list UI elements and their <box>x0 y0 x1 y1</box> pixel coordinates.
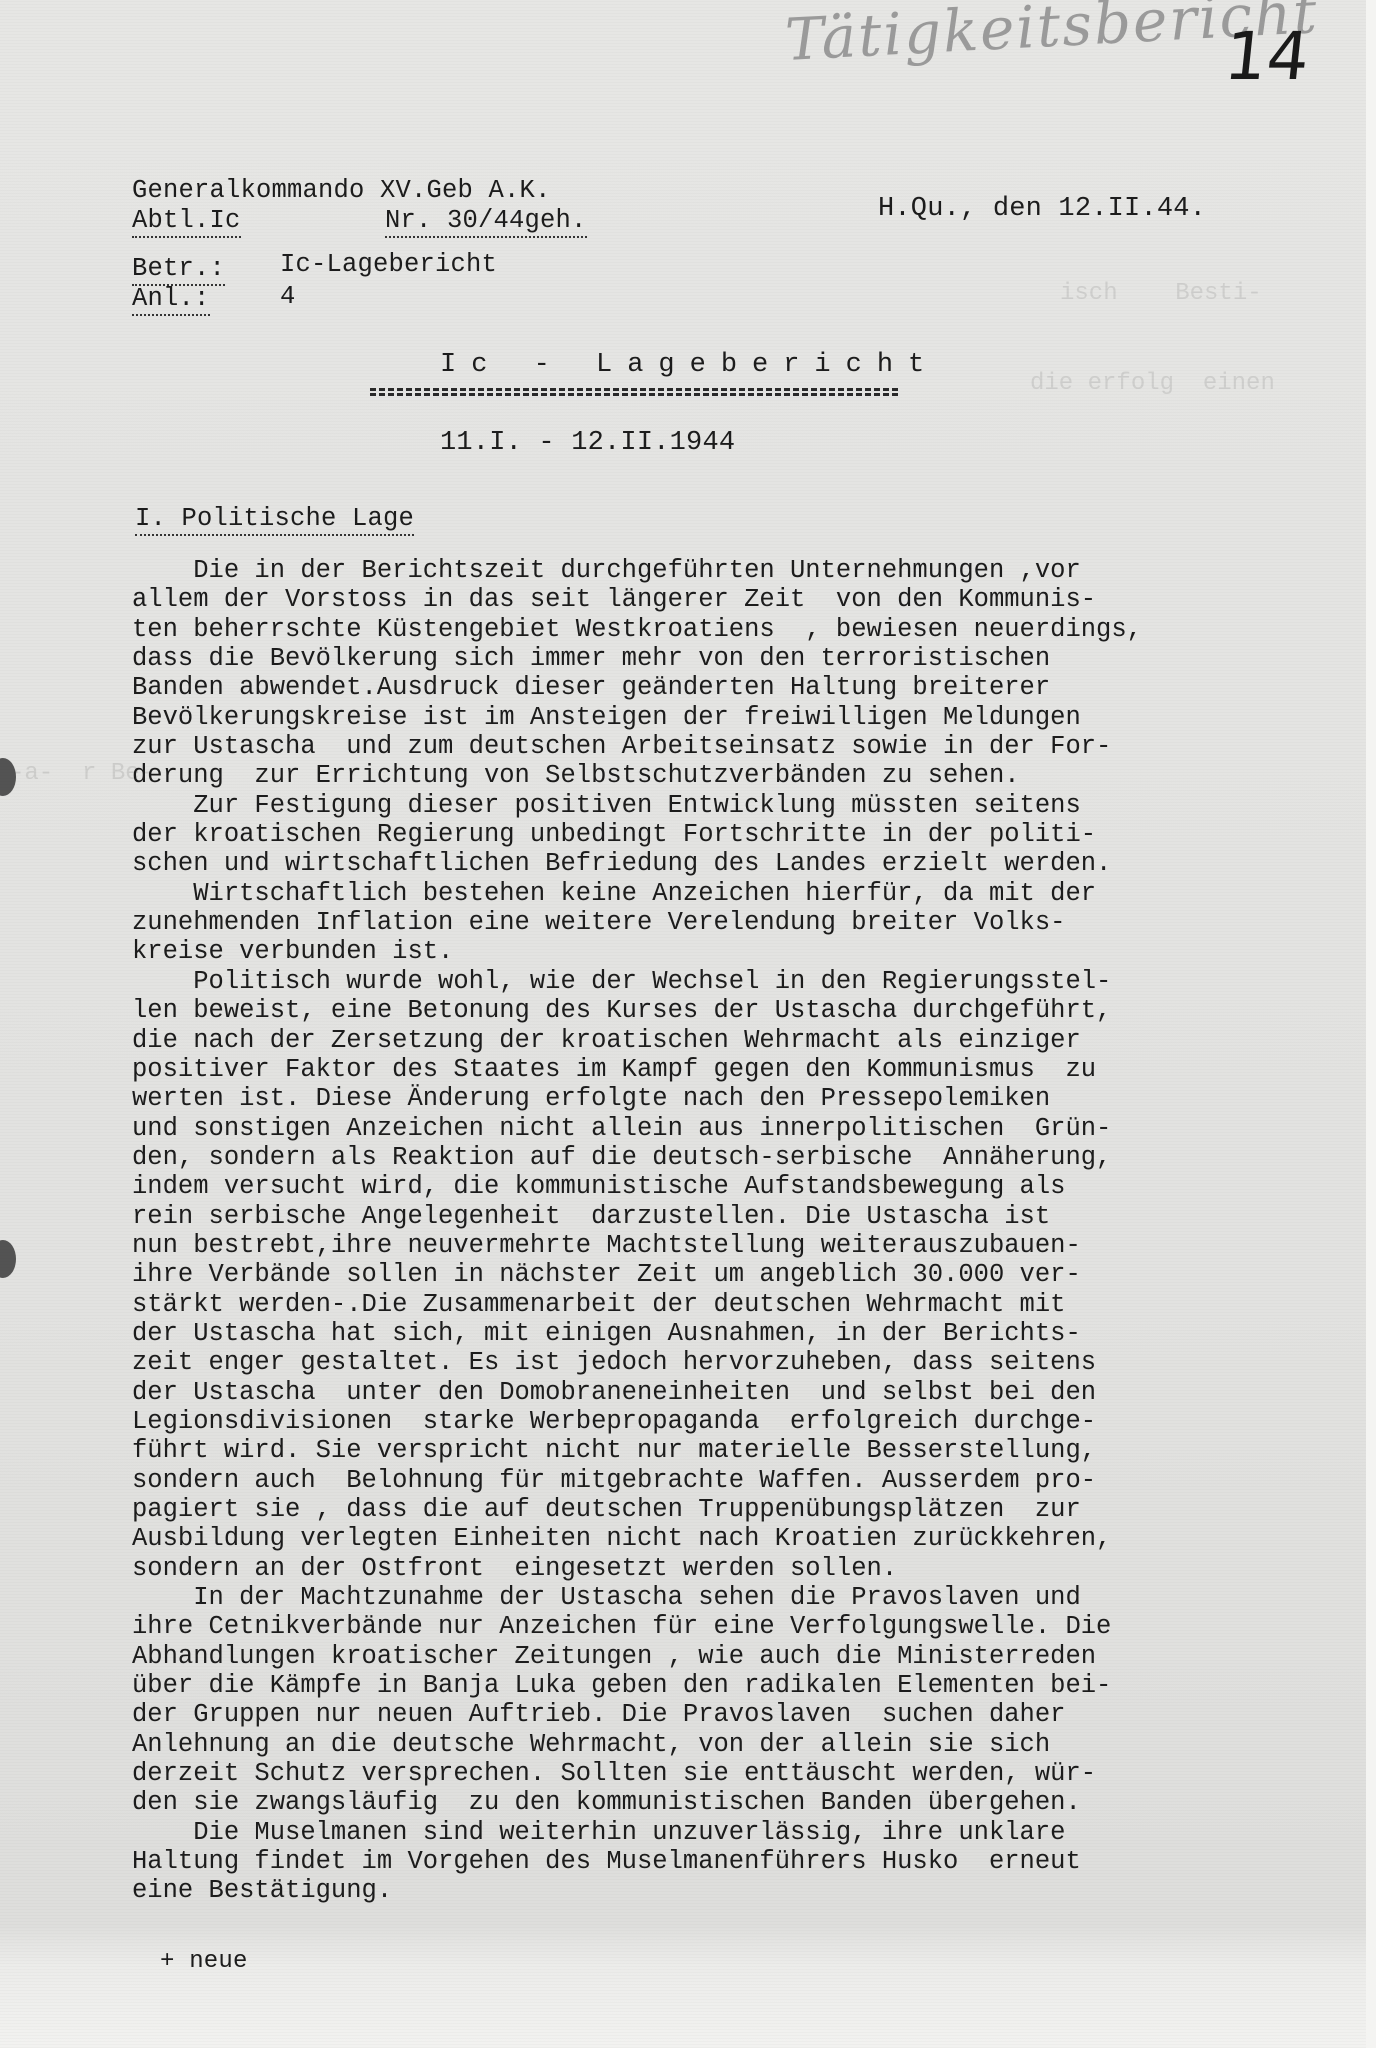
body-line: dass die Bevölkerung sich immer mehr von… <box>132 644 1292 673</box>
document-title: Ic - Lagebericht <box>440 352 939 379</box>
body-line: werten ist. Diese Änderung erfolgte nach… <box>132 1084 1292 1113</box>
body-line: derzeit Schutz versprechen. Sollten sie … <box>132 1759 1292 1788</box>
page-number: 14 <box>1221 18 1313 95</box>
body-line: pagiert sie , dass die auf deutschen Tru… <box>132 1495 1292 1524</box>
body-line: positiver Faktor des Staates im Kampf ge… <box>132 1055 1292 1084</box>
body-line: Bevölkerungskreise ist im Ansteigen der … <box>132 703 1292 732</box>
body-line: der Ustascha hat sich, mit einigen Ausna… <box>132 1319 1292 1348</box>
body-line: und sonstigen Anzeichen nicht allein aus… <box>132 1114 1292 1143</box>
body-line: nun bestrebt,ihre neuvermehrte Machtstel… <box>132 1231 1292 1260</box>
footnote: + neue <box>160 1950 248 1974</box>
body-line: sondern auch Belohnung für mitgebrachte … <box>132 1466 1292 1495</box>
body-line: stärkt werden-.Die Zusammenarbeit der de… <box>132 1290 1292 1319</box>
section-heading: I. Politische Lage <box>135 506 414 536</box>
body-line: zunehmenden Inflation eine weitere Verel… <box>132 908 1292 937</box>
body-line: allem der Vorstoss in das seit längerer … <box>132 585 1292 614</box>
bleed-through-text: isch Besti- <box>1060 280 1262 307</box>
body-line: Zur Festigung dieser positiven Entwicklu… <box>132 791 1292 820</box>
body-line: ihre Cetnikverbände nur Anzeichen für ei… <box>132 1612 1292 1641</box>
body-line: Politisch wurde wohl, wie der Wechsel in… <box>132 967 1292 996</box>
body-line: über die Kämpfe in Banja Luka geben den … <box>132 1671 1292 1700</box>
body-line: der Ustascha unter den Domobraneneinheit… <box>132 1378 1292 1407</box>
body-line: kreise verbunden ist. <box>132 937 1292 966</box>
body-line: In der Machtzunahme der Ustascha sehen d… <box>132 1583 1292 1612</box>
body-line: eine Bestätigung. <box>132 1876 1292 1905</box>
body-line: len beweist, eine Betonung des Kurses de… <box>132 996 1292 1025</box>
body-line: den, sondern als Reaktion auf die deutsc… <box>132 1143 1292 1172</box>
body-line: die nach der Zersetzung der kroatischen … <box>132 1026 1292 1055</box>
body-line: führt wird. Sie verspricht nicht nur mat… <box>132 1436 1292 1465</box>
body-line: der kroatischen Regierung unbedingt Fort… <box>132 820 1292 849</box>
body-line: Abhandlungen kroatischer Zeitungen , wie… <box>132 1642 1292 1671</box>
body-line: Die in der Berichtszeit durchgeführten U… <box>132 556 1292 585</box>
subject-value: Ic-Lagebericht <box>280 252 497 278</box>
page-edge <box>1366 0 1376 2048</box>
body-line: zeit enger gestaltet. Es ist jedoch herv… <box>132 1348 1292 1377</box>
report-body: Die in der Berichtszeit durchgeführten U… <box>132 556 1292 1906</box>
body-line: Die Muselmanen sind weiterhin unzuverläs… <box>132 1818 1292 1847</box>
place-date: H.Qu., den 12.II.44. <box>878 196 1206 223</box>
reference-number: Nr. 30/44geh. <box>385 208 587 238</box>
department: Abtl.Ic <box>132 208 241 238</box>
title-double-underline <box>370 388 898 396</box>
body-line: Ausbildung verlegten Einheiten nicht nac… <box>132 1524 1292 1553</box>
body-line: ihre Verbände sollen in nächster Zeit um… <box>132 1260 1292 1289</box>
body-line: der Gruppen nur neuen Auftrieb. Die Prav… <box>132 1700 1292 1729</box>
body-line: derung zur Errichtung von Selbstschutzve… <box>132 761 1292 790</box>
body-line: zur Ustascha und zum deutschen Arbeitsei… <box>132 732 1292 761</box>
body-line: schen und wirtschaftlichen Befriedung de… <box>132 849 1292 878</box>
attachments-value: 4 <box>280 284 296 310</box>
issuer: Generalkommando XV.Geb A.K. <box>132 178 551 204</box>
body-line: ten beherrschte Küstengebiet Westkroatie… <box>132 615 1292 644</box>
subject-label: Betr.: <box>132 256 225 286</box>
bleed-through-text: die erfolg einen <box>1030 370 1275 397</box>
body-line: rein serbische Angelegenheit darzustelle… <box>132 1202 1292 1231</box>
body-line: Banden abwendet.Ausdruck dieser geändert… <box>132 673 1292 702</box>
body-line: Wirtschaftlich bestehen keine Anzeichen … <box>132 879 1292 908</box>
body-line: Anlehnung an die deutsche Wehrmacht, von… <box>132 1730 1292 1759</box>
attachments-label: Anl.: <box>132 286 210 316</box>
body-line: den sie zwangsläufig zu den kommunistisc… <box>132 1788 1292 1817</box>
body-line: Haltung findet im Vorgehen des Muselmane… <box>132 1847 1292 1876</box>
body-line: sondern an der Ostfront eingesetzt werde… <box>132 1554 1292 1583</box>
report-period: 11.I. - 12.II.1944 <box>440 430 735 457</box>
body-line: Legionsdivisionen starke Werbepropaganda… <box>132 1407 1292 1436</box>
body-line: indem versucht wird, die kommunistische … <box>132 1172 1292 1201</box>
